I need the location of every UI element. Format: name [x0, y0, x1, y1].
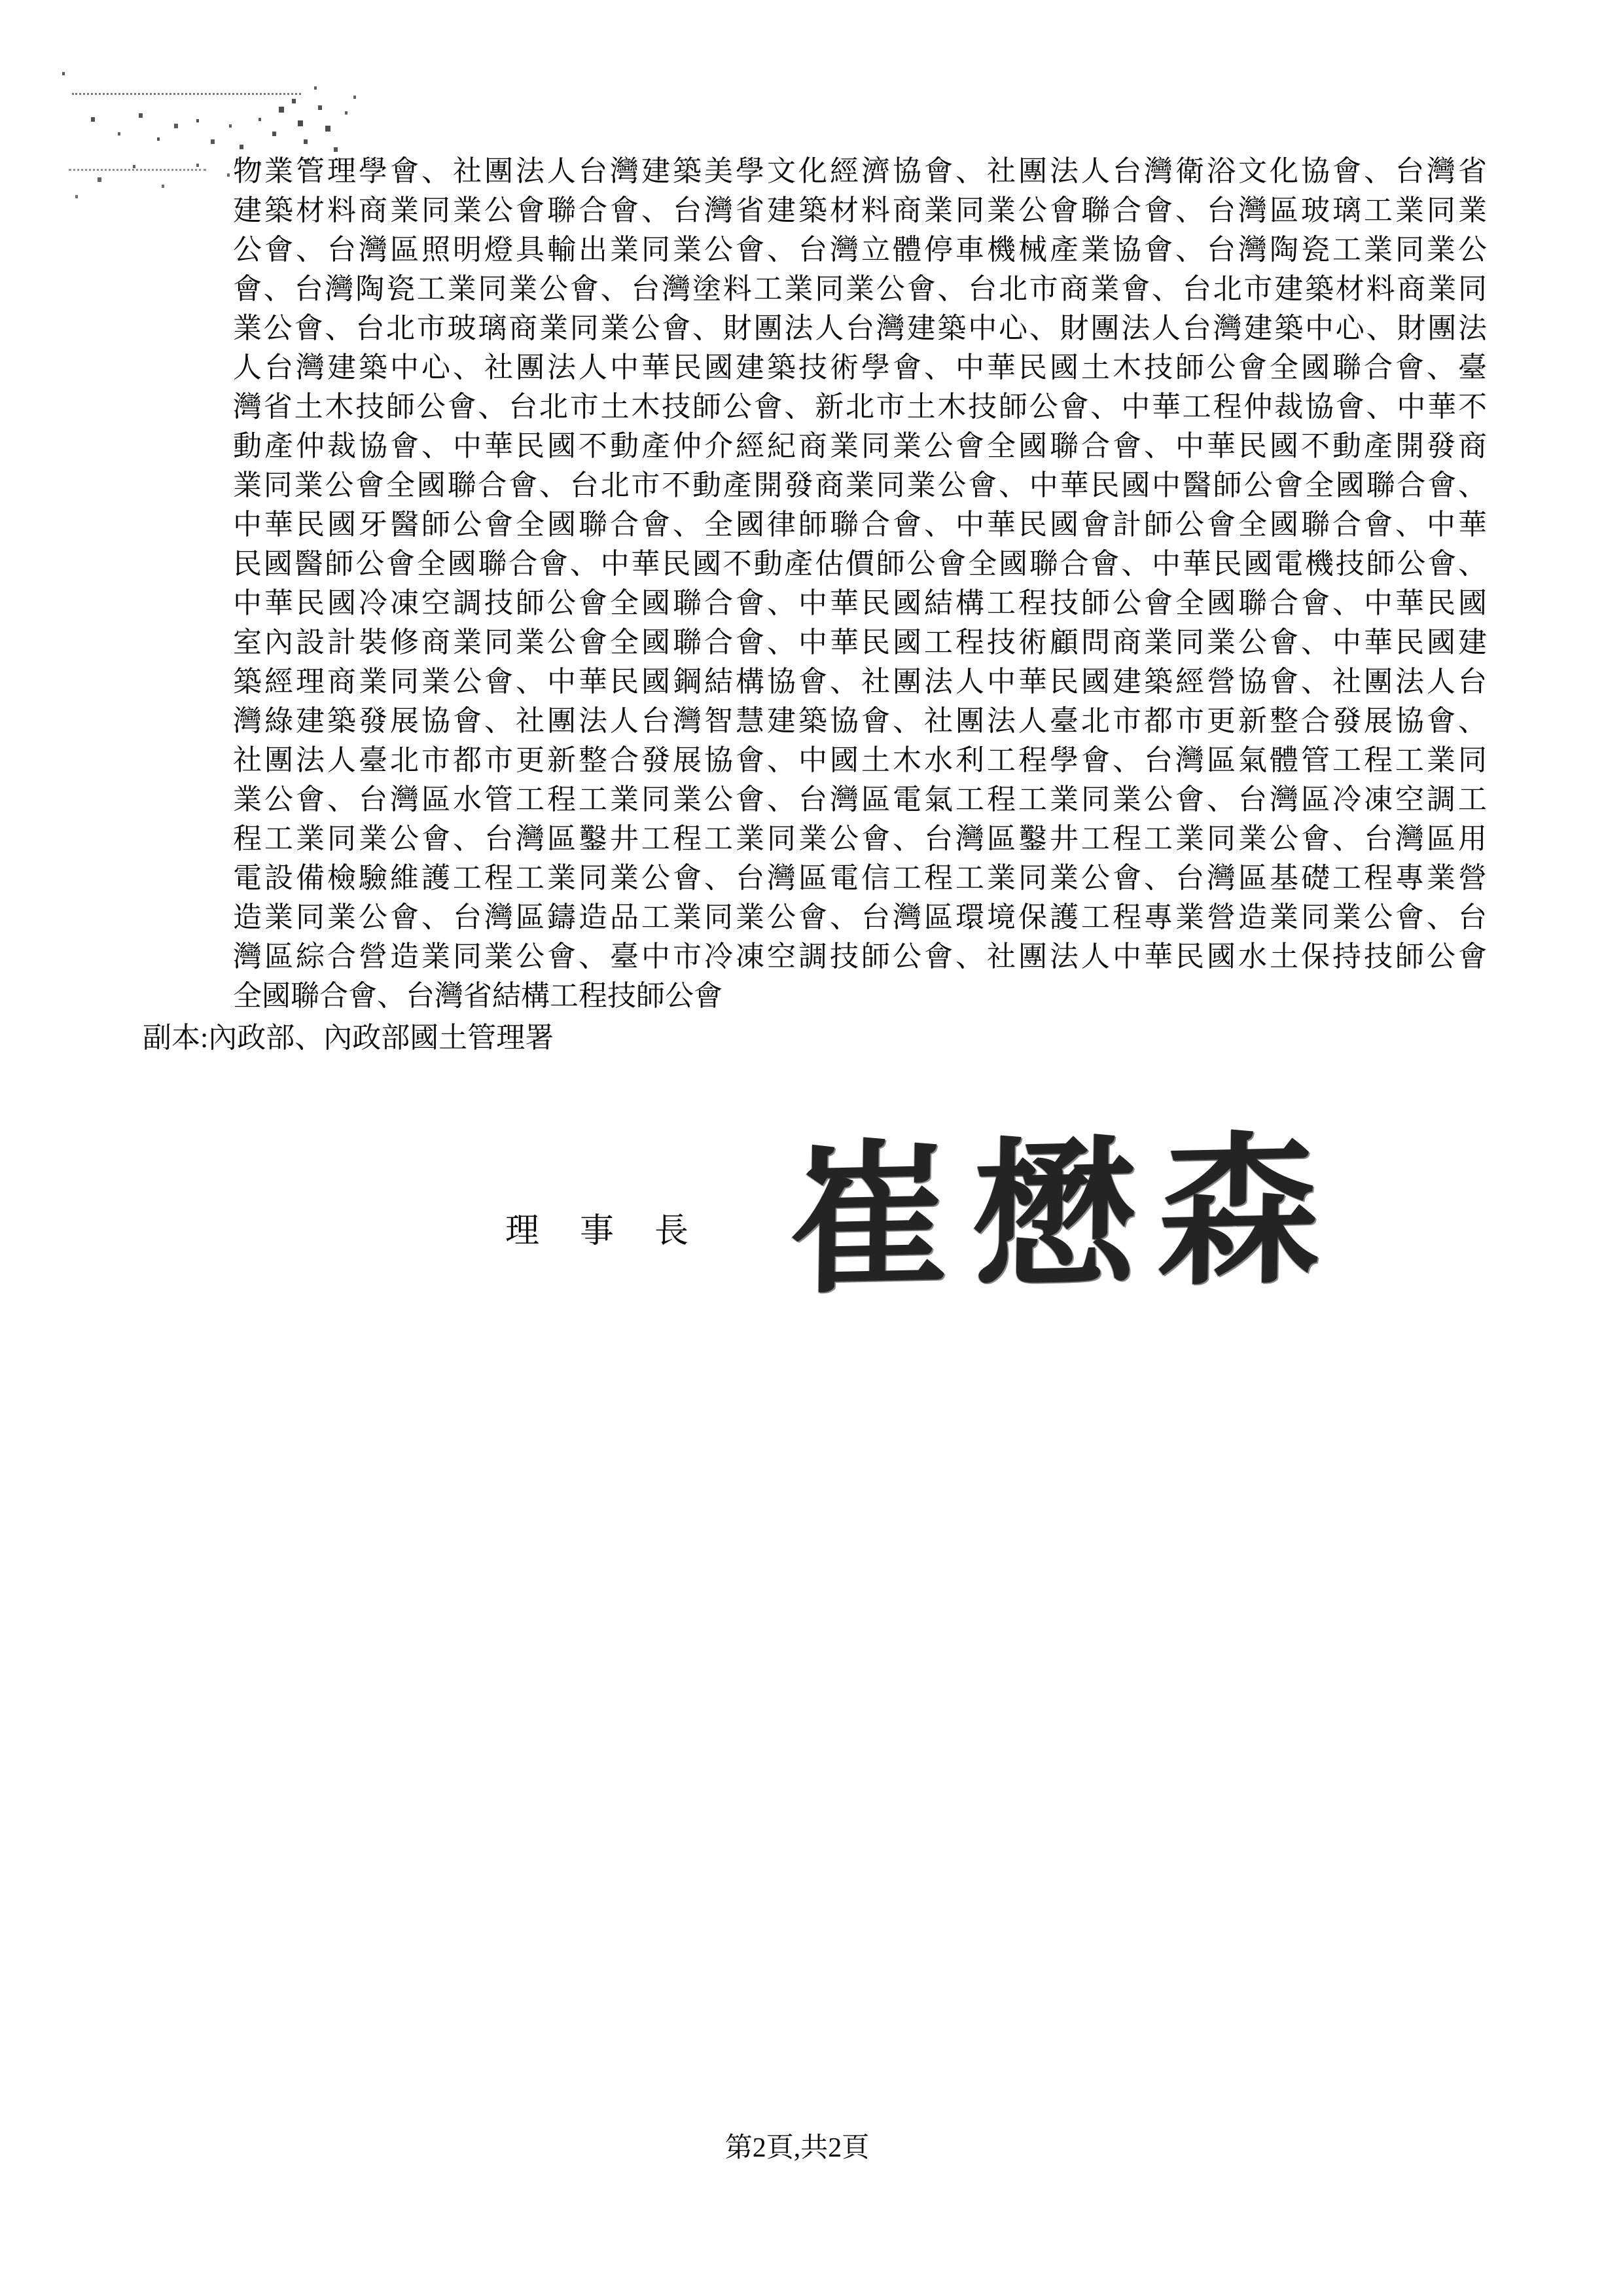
signature-name-calligraphy: 崔懋森 — [787, 1123, 1344, 1312]
recipients-text-line: 中華民國牙醫師公會全國聯合會、全國律師聯合會、中華民國會計師公會全國聯合會、中華 — [233, 505, 1487, 545]
recipients-text-line: 業同業公會全國聯合會、台北市不動產開發商業同業公會、中華民國中醫師公會全國聯合會… — [233, 466, 1487, 505]
recipients-text-line: 築經理商業同業公會、中華民國鋼結構協會、社團法人中華民國建築經營協會、社團法人台 — [233, 662, 1487, 702]
recipients-text-line: 社團法人臺北市都市更新整合發展協會、中國土木水利工程學會、台灣區氣體管工程工業同 — [233, 741, 1487, 780]
scan-noise-specks — [62, 72, 65, 75]
page-footer: 第2頁,共2頁 — [0, 2126, 1594, 2165]
recipients-text-line: 灣綠建築發展協會、社團法人台灣智慧建築協會、社團法人臺北市都市更新整合發展協會、 — [233, 702, 1487, 741]
recipients-text-line: 民國醫師公會全國聯合會、中華民國不動產估價師公會全國聯合會、中華民國電機技師公會… — [233, 545, 1487, 584]
cc-line: 副本:內政部、內政部國土管理署 — [143, 1018, 554, 1058]
recipients-text-line: 全國聯合會、台灣省結構工程技師公會 — [233, 977, 1487, 1016]
recipients-text-line: 造業同業公會、台灣區鑄造品工業同業公會、台灣區環境保護工程專業營造業同業公會、台 — [233, 898, 1487, 937]
page-indicator: 第2頁,共2頁 — [725, 2133, 870, 2163]
scan-noise-dotted-line-top — [72, 93, 301, 95]
recipients-text-line: 人台灣建築中心、社團法人中華民國建築技術學會、中華民國土木技師公會全國聯合會、臺 — [233, 348, 1487, 387]
recipients-text-line: 公會、台灣區照明燈具輸出業同業公會、台灣立體停車機械產業協會、台灣陶瓷工業同業公 — [233, 230, 1487, 270]
cc-label: 副本: — [143, 1022, 208, 1054]
recipients-text-line: 動產仲裁協會、中華民國不動產仲介經紀商業同業公會全國聯合會、中華民國不動產開發商 — [233, 427, 1487, 466]
recipients-text-line: 室內設計裝修商業同業公會全國聯合會、中華民國工程技術顧問商業同業公會、中華民國建 — [233, 623, 1487, 662]
scan-noise-dotted-line-bottom — [69, 169, 206, 171]
recipients-text-line: 業公會、台灣區水管工程工業同業公會、台灣區電氣工程工業同業公會、台灣區冷凍空調工 — [233, 780, 1487, 819]
recipients-text-line: 灣區綜合營造業同業公會、臺中市冷凍空調技師公會、社團法人中華民國水土保持技師公會 — [233, 937, 1487, 977]
recipients-text-line: 建築材料商業同業公會聯合會、台灣省建築材料商業同業公會聯合會、台灣區玻璃工業同業 — [233, 191, 1487, 230]
recipients-text-line: 業公會、台北市玻璃商業同業公會、財團法人台灣建築中心、財團法人台灣建築中心、財團… — [233, 309, 1487, 348]
recipients-text-line: 中華民國冷凍空調技師公會全國聯合會、中華民國結構工程技師公會全國聯合會、中華民國 — [233, 584, 1487, 623]
recipients-text-line: 灣省土木技師公會、台北市土木技師公會、新北市土木技師公會、中華工程仲裁協會、中華… — [233, 387, 1487, 427]
signature-title: 理事長 — [505, 1203, 729, 1252]
recipients-text-line: 程工業同業公會、台灣區鑿井工程工業同業公會、台灣區鑿井工程工業同業公會、台灣區用 — [233, 819, 1487, 859]
scanned-document-page: { "document": { "recipients_continued_li… — [0, 0, 1623, 2296]
recipients-text-line: 物業管理學會、社團法人台灣建築美學文化經濟協會、社團法人台灣衛浴文化協會、台灣省 — [233, 152, 1487, 191]
cc-content: 內政部、內政部國土管理署 — [208, 1022, 554, 1054]
recipients-text-line: 電設備檢驗維護工程工業同業公會、台灣區電信工程工業同業公會、台灣區基礎工程專業營 — [233, 859, 1487, 898]
recipients-text-line: 會、台灣陶瓷工業同業公會、台灣塗料工業同業公會、台北市商業會、台北市建築材料商業… — [233, 270, 1487, 309]
recipients-list: 物業管理學會、社團法人台灣建築美學文化經濟協會、社團法人台灣衛浴文化協會、台灣省… — [233, 152, 1487, 1016]
